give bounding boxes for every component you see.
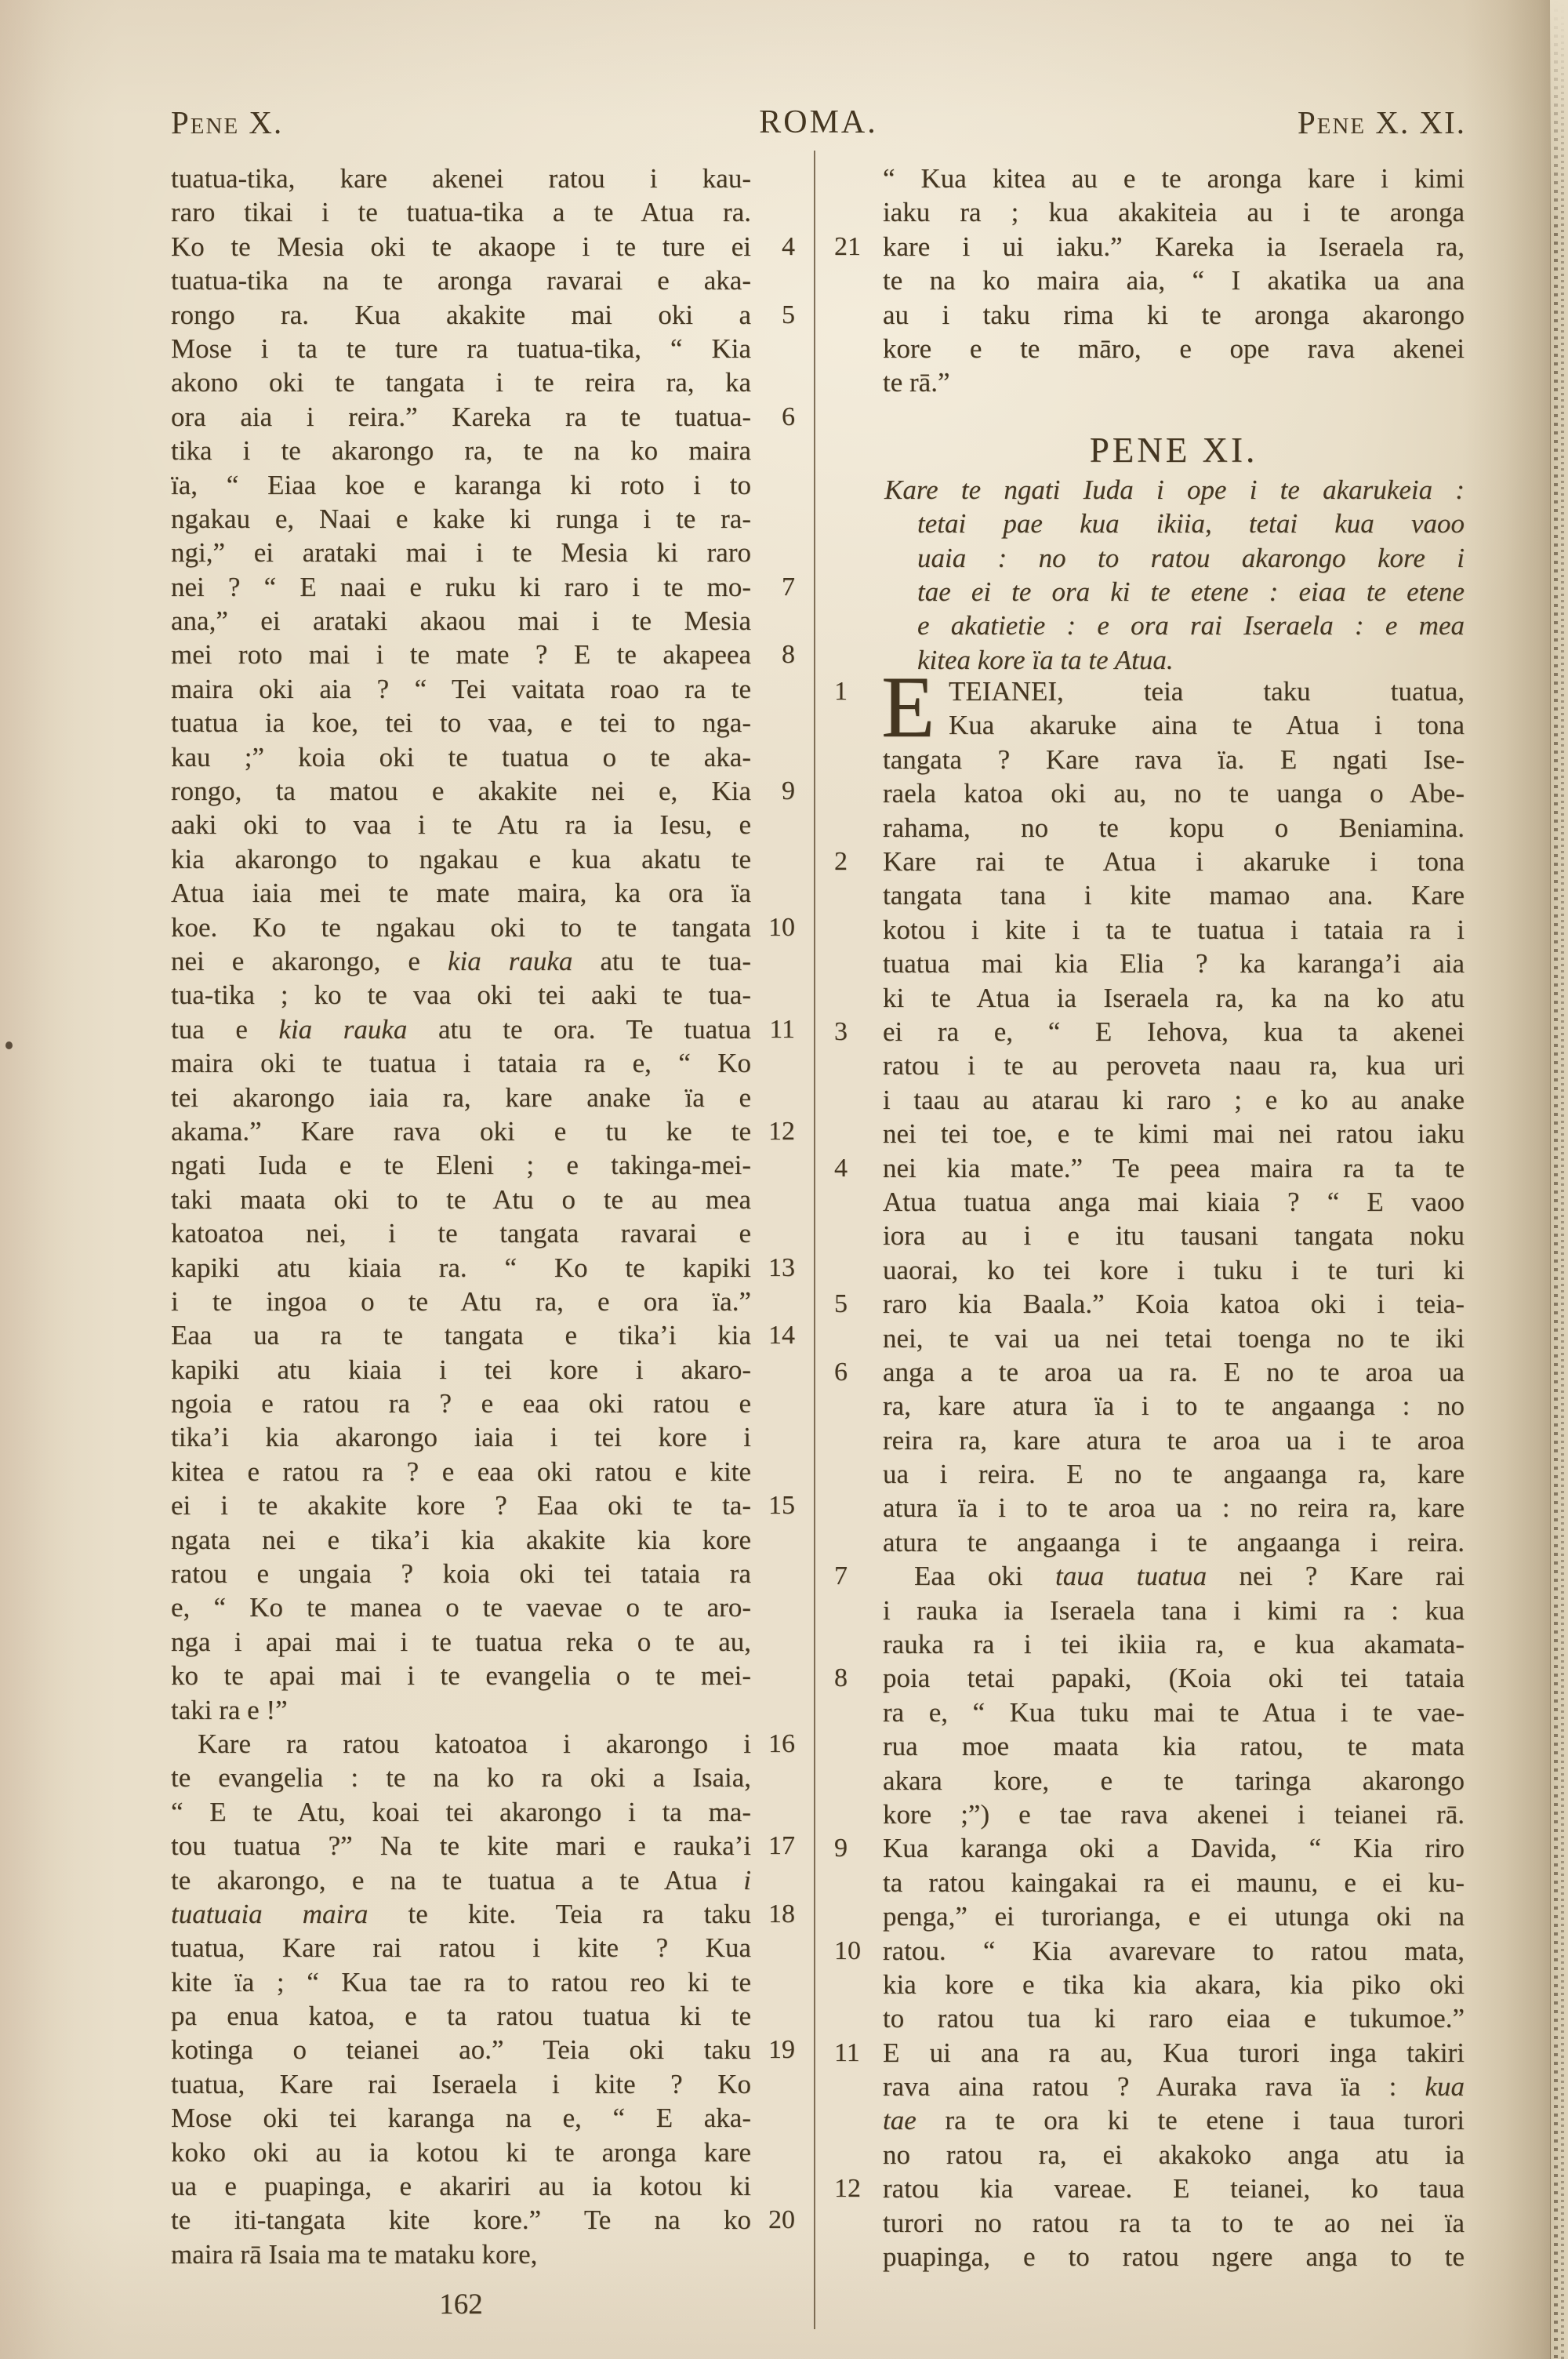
verse-number: 12 bbox=[834, 2172, 861, 2205]
text-line: kare i ui iaku.” Kareka ia Iseraela ra,2… bbox=[833, 230, 1465, 264]
text-line: nei kia mate.” Te peea maira ra ta te4 bbox=[833, 1151, 1465, 1185]
text-line: rava aina ratou ? Auraka rava ïa : kua bbox=[833, 2070, 1465, 2103]
text-line: tuatua, Kare rai Iseraela i kite ? Ko bbox=[171, 2067, 798, 2101]
text-line: taki maata oki to te Atu o te au mea bbox=[171, 1183, 798, 1216]
verse-number: 8 bbox=[834, 1661, 848, 1695]
verse-number: 3 bbox=[834, 1015, 848, 1049]
text-line: rua moe maata kia ratou, te mata bbox=[833, 1729, 1465, 1763]
text-line: ngakau e, Naai e kake ki runga i te ra- bbox=[171, 502, 798, 536]
column-divider-rule bbox=[814, 151, 815, 2329]
ink-speck bbox=[5, 1041, 13, 1049]
text-line: Kare ra ratou katoatoa i akarongo i16 bbox=[171, 1727, 798, 1761]
text-line: Eaa ua ra te tangata e tika’i kia14 bbox=[171, 1318, 798, 1352]
text-line: i te ingoa o te Atu ra, e ora ïa.” bbox=[171, 1285, 798, 1318]
verse-number: 11 bbox=[834, 2036, 860, 2070]
text-line: rauka ra i tei ikiia ra, e kua akamata- bbox=[833, 1627, 1465, 1661]
text-line: tou tuatua ?” Na te kite mari e rauka’i1… bbox=[171, 1829, 798, 1863]
text-line: Kua karanga oki a Davida, “ Kia riro9 bbox=[833, 1831, 1465, 1865]
text-line: taki ra e !” bbox=[171, 1693, 798, 1727]
text-line: tei akarongo iaia ra, kare anake ïa e bbox=[171, 1081, 798, 1114]
text-line: kotinga o teianei ao.” Teia oki taku19 bbox=[171, 2033, 798, 2066]
verse-number: 9 bbox=[782, 774, 795, 808]
text-line: kore e te māro, e ope rava akenei bbox=[833, 332, 1465, 365]
verse-number: 10 bbox=[768, 911, 795, 944]
text-line: tika’i kia akarongo iaia i tei kore i bbox=[171, 1420, 798, 1454]
text-line: ETEIANEI, teia taku tuatua,1 bbox=[833, 674, 1465, 708]
text-line: turori no ratou ra ta to te ao nei ïa bbox=[833, 2206, 1465, 2240]
text-line: ra e, “ Kua tuku mai te Atua i te vae- bbox=[833, 1696, 1465, 1729]
text-line: atura te angaanga i te angaanga i reira. bbox=[833, 1525, 1465, 1559]
text-line: reira ra, kare atura te aroa ua i te aro… bbox=[833, 1423, 1465, 1457]
text-line: akara kore, e te taringa akarongo bbox=[833, 1764, 1465, 1797]
chapter-heading: PENE XI. bbox=[833, 430, 1465, 471]
chapter-summary: Kare te ngati Iuda i ope i te akarukeia … bbox=[833, 473, 1465, 677]
verse-number: 15 bbox=[768, 1488, 795, 1522]
text-line: kotou i kite i ta te tuatua i tataia ra … bbox=[833, 913, 1465, 947]
text-line: i taau au atarau ki raro ; e ko au anake bbox=[833, 1083, 1465, 1117]
text-line: nga i apai mai i te tuatua reka o te au, bbox=[171, 1625, 798, 1659]
text-line: tuatuaia maira te kite. Teia ra taku18 bbox=[171, 1897, 798, 1931]
verse-number: 4 bbox=[834, 1151, 848, 1185]
text-line: kau ;” koia oki te tuatua o te aka- bbox=[171, 740, 798, 774]
summary-line: uaia : no to ratou akarongo kore i bbox=[833, 541, 1465, 575]
verse-number: 16 bbox=[768, 1727, 795, 1761]
page-header: Pene X. ROMA. Pene X. XI. bbox=[171, 104, 1466, 143]
text-line: te na ko maira aia, “ I akatika ua ana bbox=[833, 264, 1465, 297]
verse-number: 5 bbox=[834, 1287, 848, 1321]
text-line: te rā.” bbox=[833, 365, 1465, 399]
text-line: akono oki te tangata i te reira ra, ka bbox=[171, 365, 798, 399]
text-line: raela katoa oki au, no te uanga o Abe- bbox=[833, 776, 1465, 810]
text-line: ra, kare atura ïa i to te angaanga : no bbox=[833, 1389, 1465, 1423]
summary-line: tae ei te ora ki te etene : eiaa te eten… bbox=[833, 575, 1465, 609]
text-line: iora au i e itu tausani tangata noku bbox=[833, 1219, 1465, 1252]
text-line: uaorai, ko tei kore i tuku i te turi ki bbox=[833, 1253, 1465, 1287]
text-line: tua e kia rauka atu te ora. Te tuatua11 bbox=[171, 1012, 798, 1046]
text-line: Mose oki tei karanga na e, “ E aka- bbox=[171, 2101, 798, 2135]
text-line: kitea e ratou ra ? e eaa oki ratou e kit… bbox=[171, 1455, 798, 1488]
text-line: atura ïa i to te aroa ua : no reira ra, … bbox=[833, 1491, 1465, 1525]
text-line: te evangelia : te na ko ra oki a Isaia, bbox=[171, 1761, 798, 1794]
page-number: 162 bbox=[171, 2287, 751, 2323]
text-line: tuatua-tika na te aronga ravarai e aka- bbox=[171, 264, 798, 297]
text-line: to ratou tua ki raro eiaa e tukumoe.” bbox=[833, 2001, 1465, 2035]
right-column: “ Kua kitea au e te aronga kare i kimiia… bbox=[833, 162, 1465, 2274]
verse-number: 17 bbox=[768, 1829, 795, 1863]
left-column: tuatua-tika, kare akenei ratou i kau-rar… bbox=[171, 162, 798, 2271]
text-line: rongo ra. Kua akakite mai oki a5 bbox=[171, 298, 798, 332]
text-line: ki te Atua ia Iseraela ra, ka na ko atu bbox=[833, 981, 1465, 1015]
text-line: nei tei toe, e te kimi mai nei ratou iak… bbox=[833, 1117, 1465, 1150]
verse-number: 12 bbox=[768, 1114, 795, 1148]
text-line: Ko te Mesia oki te akaope i te ture ei4 bbox=[171, 230, 798, 264]
left-column-lines: tuatua-tika, kare akenei ratou i kau-rar… bbox=[171, 162, 798, 2271]
text-line: raro tikai i te tuatua-tika a te Atua ra… bbox=[171, 195, 798, 229]
text-line: tuatua mai kia Elia ? ka karanga’i aia bbox=[833, 947, 1465, 980]
verse-number: 4 bbox=[782, 230, 795, 264]
verse-number: 7 bbox=[782, 570, 795, 604]
text-line: poia tetai papaki, (Koia oki tei tataia8 bbox=[833, 1661, 1465, 1695]
text-line: aaki oki to vaa i te Atu ra ia Iesu, e bbox=[171, 808, 798, 841]
text-line: nei ? “ E naai e ruku ki raro i te mo-7 bbox=[171, 570, 798, 604]
text-line: kapiki atu kiaia ra. “ Ko te kapiki13 bbox=[171, 1251, 798, 1285]
text-line: tua-tika ; ko te vaa oki tei aaki te tua… bbox=[171, 978, 798, 1012]
text-line: te iti-tangata kite kore.” Te na ko20 bbox=[171, 2203, 798, 2237]
text-line: tuatua ia koe, tei to vaa, e tei to nga- bbox=[171, 706, 798, 740]
text-line: tuatua, Kare rai ratou i kite ? Kua bbox=[171, 1931, 798, 1965]
text-line: te akarongo, e na te tuatua a te Atua i bbox=[171, 1863, 798, 1897]
verse-number: 10 bbox=[834, 1934, 861, 1968]
text-line: Eaa oki taua tuatua nei ? Kare rai7 bbox=[833, 1559, 1465, 1593]
text-line: katoatoa nei, i te tangata ravarai e bbox=[171, 1216, 798, 1250]
text-line: puapinga, e to ratou ngere anga to te bbox=[833, 2240, 1465, 2274]
text-line: maira oki aia ? “ Tei vaitata roao ra te bbox=[171, 672, 798, 706]
text-line: penga,” ei turorianga, e ei utunga oki n… bbox=[833, 1899, 1465, 1933]
verse-number: 7 bbox=[834, 1559, 848, 1593]
text-line: tae ra te ora ki te etene i taua turori bbox=[833, 2103, 1465, 2137]
text-line: i rauka ia Iseraela tana i kimi ra : kua bbox=[833, 1594, 1465, 1627]
text-line: ïa, “ Eiaa koe e karanga ki roto i to bbox=[171, 468, 798, 502]
text-line: maira rā Isaia ma te mataku kore, bbox=[171, 2237, 798, 2271]
text-line: ratou. “ Kia avarevare to ratou mata,10 bbox=[833, 1934, 1465, 1968]
verse-number: 13 bbox=[768, 1251, 795, 1285]
text-line: koko oki au ia kotou ki te aronga kare bbox=[171, 2135, 798, 2169]
verse-number: 9 bbox=[834, 1831, 848, 1865]
verse-number: 5 bbox=[782, 298, 795, 332]
text-line: kia akarongo to ngakau e kua akatu te bbox=[171, 842, 798, 876]
text-line: Kua akaruke aina te Atua i tona bbox=[833, 708, 1465, 742]
text-line: E ui ana ra au, Kua turori inga takiri11 bbox=[833, 2036, 1465, 2070]
facing-page-strip-fade bbox=[1550, 0, 1568, 235]
verse-number: 20 bbox=[768, 2203, 795, 2237]
text-line: ngi,” ei arataki mai i te Mesia ki raro bbox=[171, 536, 798, 569]
text-line: rongo, ta matou e akakite nei e, Kia9 bbox=[171, 774, 798, 808]
summary-line: tetai pae kua ikiia, tetai kua vaoo bbox=[833, 507, 1465, 540]
verse-number: 6 bbox=[782, 400, 795, 434]
text-line: raro kia Baala.” Koia katoa oki i teia-5 bbox=[833, 1287, 1465, 1321]
text-line: Atua iaia mei te mate maira, ka ora ïa bbox=[171, 876, 798, 910]
text-line: Mose i ta te ture ra tuatua-tika, “ Kia bbox=[171, 332, 798, 365]
text-line: tangata tana i kite mamao ana. Kare bbox=[833, 878, 1465, 912]
text-line: nei e akarongo, e kia rauka atu te tua- bbox=[171, 944, 798, 978]
facing-page-strip bbox=[1550, 0, 1568, 2359]
text-line: tika i te akarongo ra, te na ko maira bbox=[171, 434, 798, 467]
text-line: kore ;”) e tae rava akenei i teianei rā. bbox=[833, 1797, 1465, 1831]
verse-number: 19 bbox=[768, 2033, 795, 2066]
left-page-edge bbox=[0, 0, 74, 2359]
text-line: Atua tuatua anga mai kiaia ? “ E vaoo bbox=[833, 1185, 1465, 1219]
verse-number: 18 bbox=[768, 1897, 795, 1931]
verse-number: 11 bbox=[769, 1012, 795, 1046]
text-line: ngoia e ratou ra ? e eaa oki ratou e bbox=[171, 1387, 798, 1420]
verse-number: 6 bbox=[834, 1355, 848, 1389]
text-line: kapiki atu kiaia i tei kore i akaro- bbox=[171, 1353, 798, 1387]
verse-number: 8 bbox=[782, 638, 795, 671]
text-line: anga a te aroa ua ra. E no te aroa ua6 bbox=[833, 1355, 1465, 1389]
text-line: ei ra e, “ E Iehova, kua ta akenei3 bbox=[833, 1015, 1465, 1049]
verse-number: 2 bbox=[834, 845, 848, 878]
running-title-center: ROMA. bbox=[171, 104, 1466, 141]
verse-number: 1 bbox=[834, 674, 848, 708]
text-line: no ratou ra, ei akakoko anga atu ia bbox=[833, 2138, 1465, 2172]
text-line: e, “ Ko te manea o te vaevae o te aro- bbox=[171, 1590, 798, 1624]
text-line: akama.” Kare rava oki e tu ke te12 bbox=[171, 1114, 798, 1148]
verse-number: 21 bbox=[834, 230, 861, 264]
text-line: ko te apai mai i te evangelia o te mei- bbox=[171, 1659, 798, 1692]
text-line: ratou e ungaia ? koia oki tei tataia ra bbox=[171, 1557, 798, 1590]
text-line: au i taku rima ki te aronga akarongo bbox=[833, 298, 1465, 332]
text-line: maira oki te tuatua i tataia ra e, “ Ko bbox=[171, 1046, 798, 1080]
text-line: ora aia i reira.” Kareka ra te tuatua-6 bbox=[171, 400, 798, 434]
text-line: pa enua katoa, e ta ratou tuatua ki te bbox=[171, 1999, 798, 2033]
text-line: Kare rai te Atua i akaruke i tona2 bbox=[833, 845, 1465, 878]
text-line: kia kore e tika kia akara, kia piko oki bbox=[833, 1968, 1465, 2001]
text-line: tangata ? Kare rava ïa. E ngati Ise- bbox=[833, 743, 1465, 776]
text-line: ratou i te au peroveta naau ra, kua uri bbox=[833, 1049, 1465, 1082]
book-page: Pene X. ROMA. Pene X. XI. tuatua-tika, k… bbox=[0, 0, 1568, 2359]
text-line: koe. Ko te ngakau oki to te tangata10 bbox=[171, 911, 798, 944]
text-line: “ Kua kitea au e te aronga kare i kimi bbox=[833, 162, 1465, 195]
verse-number: 14 bbox=[768, 1318, 795, 1352]
text-line: iaku ra ; kua akakiteia au i te aronga bbox=[833, 195, 1465, 229]
text-line: ta ratou kaingakai ra ei maunu, e ei ku- bbox=[833, 1866, 1465, 1899]
text-line: ngata nei e tika’i kia akakite kia kore bbox=[171, 1523, 798, 1557]
text-line: “ E te Atu, koai tei akarongo i ta ma- bbox=[171, 1795, 798, 1829]
summary-line: Kare te ngati Iuda i ope i te akarukeia … bbox=[833, 473, 1465, 507]
text-line: ngati Iuda e te Eleni ; e takinga-mei- bbox=[171, 1148, 798, 1182]
text-line: ana,” ei arataki akaou mai i te Mesia bbox=[171, 604, 798, 638]
text-line: mei roto mai i te mate ? E te akapeea8 bbox=[171, 638, 798, 671]
right-column-verses: ETEIANEI, teia taku tuatua,1Kua akaruke … bbox=[833, 674, 1465, 2274]
summary-line: e akatietie : e ora rai Iseraela : e mea bbox=[833, 609, 1465, 642]
text-line: rahama, no te kopu o Beniamina. bbox=[833, 811, 1465, 845]
text-line: kite ïa ; “ Kua tae ra to ratou reo ki t… bbox=[171, 1965, 798, 1999]
text-line: ratou kia vareae. E teianei, ko taua12 bbox=[833, 2172, 1465, 2205]
text-line: ei i te akakite kore ? Eaa oki te ta-15 bbox=[171, 1488, 798, 1522]
text-line: ua i reira. E no te angaanga ra, kare bbox=[833, 1457, 1465, 1491]
right-column-pre-lines: “ Kua kitea au e te aronga kare i kimiia… bbox=[833, 162, 1465, 400]
text-line: ua e puapinga, e akariri au ia kotou ki bbox=[171, 2169, 798, 2203]
text-line: tuatua-tika, kare akenei ratou i kau- bbox=[171, 162, 798, 195]
text-line: nei, te vai ua nei tetai toenga no te ik… bbox=[833, 1321, 1465, 1355]
